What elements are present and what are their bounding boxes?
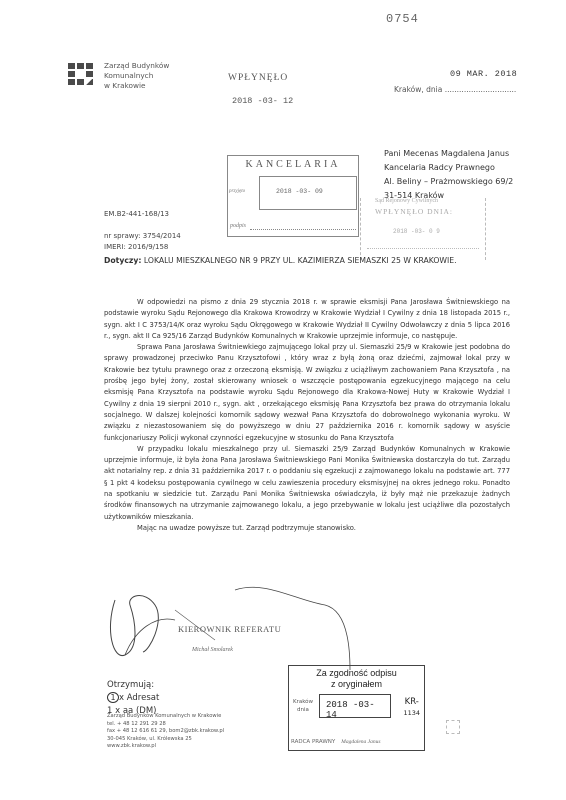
handwritten-number: 0754 <box>386 12 419 26</box>
kancelaria-stamp: KANCELARIA przyjęto 2018 -03- 09 podpis <box>227 155 359 237</box>
zbk-logo-icon <box>68 63 94 85</box>
date-stamp: 09 MAR. 2018 <box>450 69 517 79</box>
received-stamp-date: 2018 -03- 12 <box>232 96 293 106</box>
court-stamp: Sąd Rejonowy Cywilnych WPŁYNĘŁO DNIA: 20… <box>360 198 486 260</box>
receiver-item: 1x Adresat <box>107 692 159 705</box>
city-date: Kraków, dnia ...........................… <box>394 85 516 94</box>
paragraph: W przypadku lokalu mieszkalnego przy ul.… <box>104 444 510 523</box>
handwritten-signature-icon <box>95 560 355 670</box>
paragraph: W odpowiedzi na pismo z dnia 29 stycznia… <box>104 297 510 342</box>
recipient-address: Pani Mecenas Magdalena Janus Kancelaria … <box>384 147 513 203</box>
small-seal-icon <box>446 720 460 734</box>
footer-contact: Zarząd Budynków Komunalnych w Krakowie t… <box>107 713 224 751</box>
reference-numbers: EM.B2-441-168/13 nr sprawy: 3754/2014 IM… <box>104 209 181 253</box>
certified-copy-stamp: Za zgodność odpisu z oryginałem Kraków d… <box>288 665 425 751</box>
received-stamp: WPŁYNĘŁO <box>228 73 288 83</box>
signature-name: Michał Smolarek <box>192 647 233 653</box>
org-name: Zarząd Budynków Komunalnych w Krakowie <box>104 61 169 91</box>
paragraph: Mając na uwadze powyższe tut. Zarząd pod… <box>104 523 510 534</box>
signature-title: KIEROWNIK REFERATU <box>178 624 281 634</box>
subject-line: Dotyczy: LOKALU MIESZKALNEGO NR 9 PRZY U… <box>104 256 457 265</box>
letter-body: W odpowiedzi na pismo z dnia 29 stycznia… <box>104 297 510 534</box>
paragraph: Sprawa Pana Jarosława Świtniewkiego zajm… <box>104 342 510 444</box>
